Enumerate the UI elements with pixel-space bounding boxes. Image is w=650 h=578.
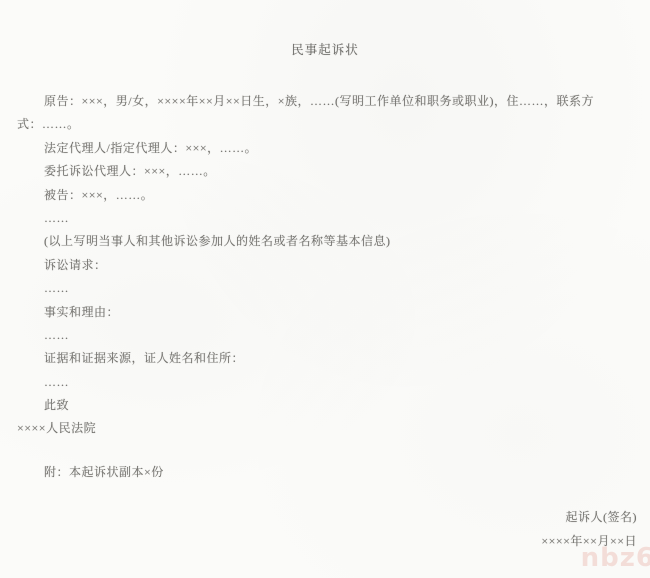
court-name-line: ××××人民法院 [17,417,637,440]
parties-note-line: (以上写明当事人和其他诉讼参加人的姓名或者名称等基本信息) [17,230,637,253]
page-title: 民事起诉状 [0,42,650,58]
salutation-line: 此致 [17,394,637,417]
document-page: 民事起诉状 原告：×××，男/女，××××年××月××日生，×族，……(写明工作… [0,0,650,578]
ellipsis-line: …… [17,324,637,347]
plaintiff-line-wrap: 式：……。 [17,113,637,136]
signature-date: ××××年××月××日 [17,530,637,553]
document-body: 原告：×××，男/女，××××年××月××日生，×族，……(写明工作单位和职务或… [17,90,637,553]
ellipsis-line: …… [17,371,637,394]
attachment-line: 附：本起诉状副本×份 [17,461,637,484]
legal-agent-line: 法定代理人/指定代理人：×××，……。 [17,137,637,160]
plaintiff-line: 原告：×××，男/女，××××年××月××日生，×族，……(写明工作单位和职务或… [17,90,637,113]
ellipsis-line: …… [17,277,637,300]
spacer [17,484,637,506]
litigation-agent-line: 委托诉讼代理人：×××，……。 [17,160,637,183]
facts-heading: 事实和理由： [17,301,637,324]
ellipsis-line: …… [17,207,637,230]
spacer [17,441,637,461]
signer-label: 起诉人(签名) [17,506,637,529]
evidence-heading: 证据和证据来源，证人姓名和住所： [17,347,637,370]
claims-heading: 诉讼请求： [17,254,637,277]
defendant-line: 被告：×××，……。 [17,184,637,207]
